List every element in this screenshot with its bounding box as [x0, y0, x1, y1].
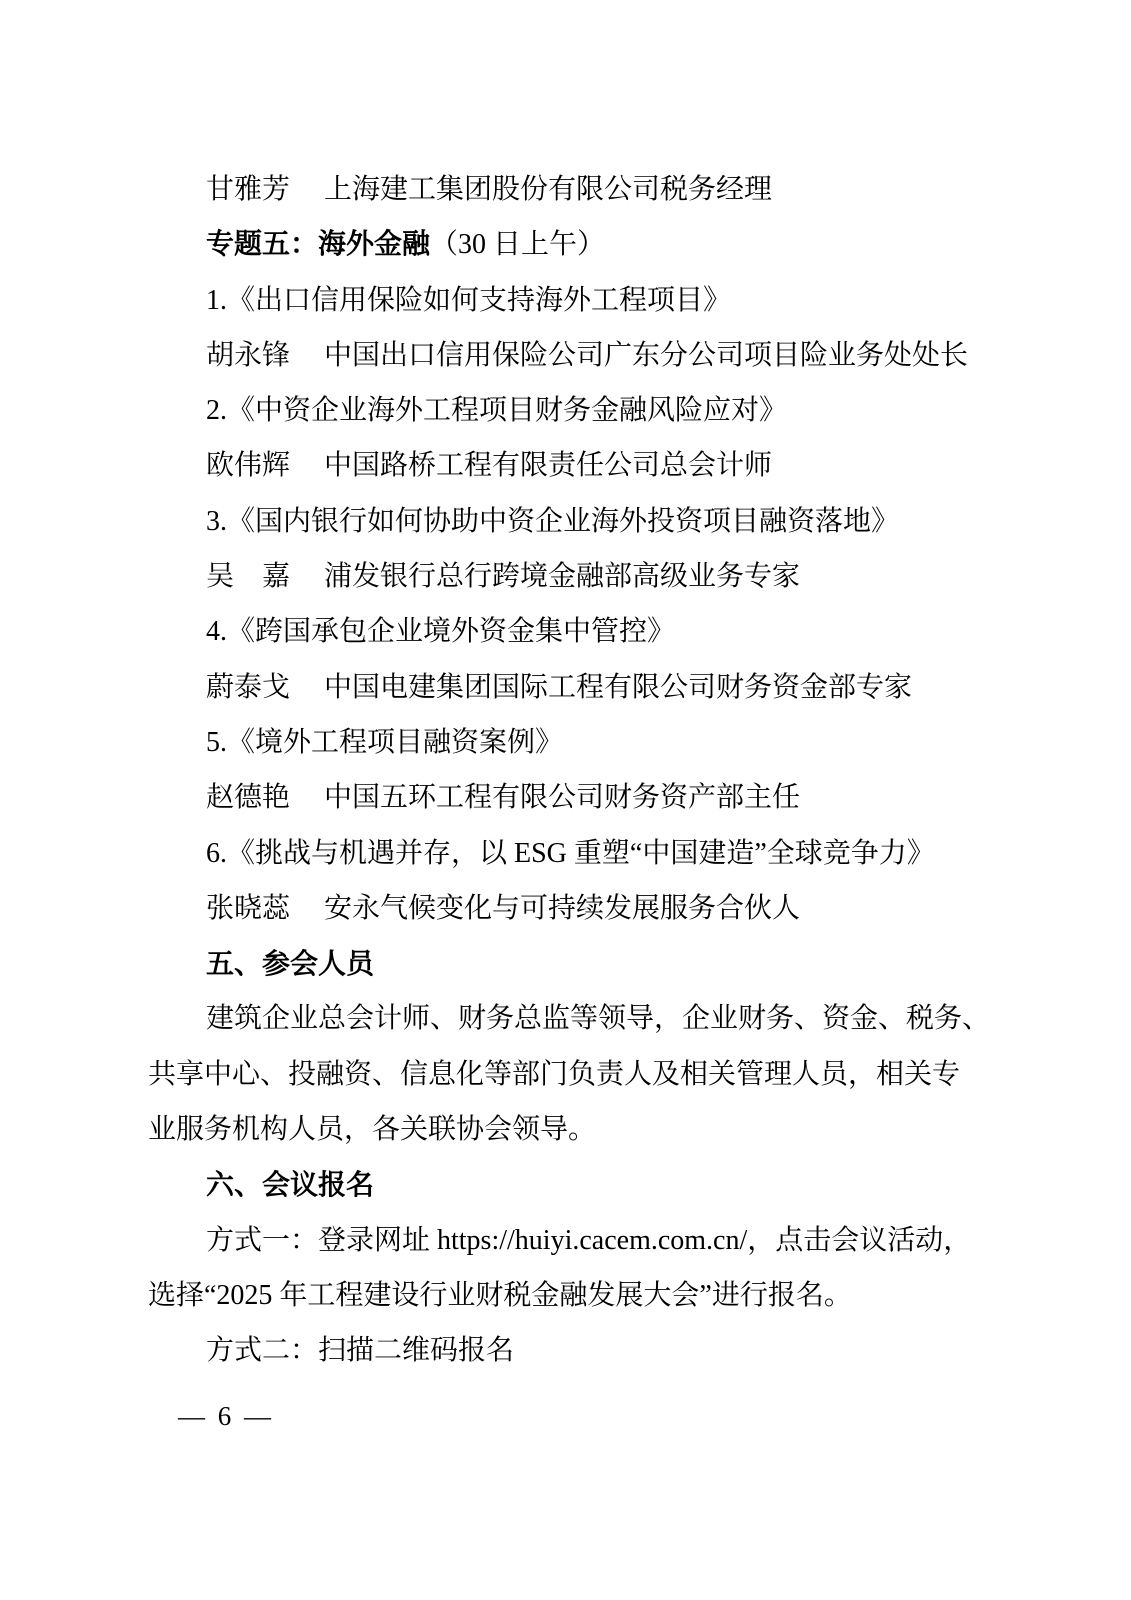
speaker-affiliation: 中国路桥工程有限责任公司总会计师 — [324, 450, 772, 481]
speaker-line: 胡永锋中国出口信用保险公司广东分公司项目险业务处处长 — [148, 328, 988, 383]
speaker-name: 赵德艳 — [206, 770, 290, 825]
speaker-line: 甘雅芳上海建工集团股份有限公司税务经理 — [148, 162, 988, 217]
topic-heading-time: （30 日上午） — [430, 229, 605, 260]
speaker-affiliation: 安永气候变化与可持续发展服务合伙人 — [324, 893, 800, 924]
speaker-affiliation: 浦发银行总行跨境金融部高级业务专家 — [324, 561, 800, 592]
registration-method2-line: 方式二：扫描二维码报名 — [148, 1323, 988, 1378]
topic-heading: 专题五：海外金融（30 日上午） — [148, 217, 988, 272]
paragraph-line: 业服务机构人员，各关联协会领导。 — [148, 1102, 988, 1157]
speaker-name: 吴 嘉 — [206, 549, 290, 604]
document-body: 甘雅芳上海建工集团股份有限公司税务经理 专题五：海外金融（30 日上午） 1.《… — [148, 162, 988, 1379]
speaker-affiliation: 上海建工集团股份有限公司税务经理 — [324, 174, 772, 205]
speaker-affiliation: 中国出口信用保险公司广东分公司项目险业务处处长 — [324, 340, 968, 371]
section-heading-registration: 六、会议报名 — [148, 1157, 988, 1212]
paragraph-line: 共享中心、投融资、信息化等部门负责人及相关管理人员，相关专 — [148, 1047, 988, 1102]
talk-title: 3.《国内银行如何协助中资企业海外投资项目融资落地》 — [148, 494, 988, 549]
page-footer: — 6 — — [178, 1396, 274, 1436]
talk-title: 4.《跨国承包企业境外资金集中管控》 — [148, 604, 988, 659]
registration-method1-line: 选择“2025 年工程建设行业财税金融发展大会”进行报名。 — [148, 1268, 988, 1323]
speaker-name: 蔚泰戈 — [206, 660, 290, 715]
speaker-name: 胡永锋 — [206, 328, 290, 383]
speaker-affiliation: 中国五环工程有限公司财务资产部主任 — [324, 782, 800, 813]
talk-title: 5.《境外工程项目融资案例》 — [148, 715, 988, 770]
talk-title: 6.《挑战与机遇并存，以 ESG 重塑“中国建造”全球竞争力》 — [148, 826, 988, 881]
talk-title: 1.《出口信用保险如何支持海外工程项目》 — [148, 273, 988, 328]
speaker-name: 甘雅芳 — [206, 162, 290, 217]
paragraph-line: 建筑企业总会计师、财务总监等领导，企业财务、资金、税务、 — [148, 991, 988, 1046]
topic-heading-title: 专题五：海外金融 — [206, 229, 430, 260]
speaker-line: 张晓蕊安永气候变化与可持续发展服务合伙人 — [148, 881, 988, 936]
speaker-affiliation: 中国电建集团国际工程有限公司财务资金部专家 — [324, 672, 912, 703]
speaker-line: 赵德艳中国五环工程有限公司财务资产部主任 — [148, 770, 988, 825]
section-heading-attendees: 五、参会人员 — [148, 936, 988, 991]
speaker-name: 张晓蕊 — [206, 881, 290, 936]
registration-method1-line: 方式一：登录网址 https://huiyi.cacem.com.cn/，点击会… — [148, 1213, 988, 1268]
speaker-name: 欧伟辉 — [206, 438, 290, 493]
speaker-line: 蔚泰戈中国电建集团国际工程有限公司财务资金部专家 — [148, 660, 988, 715]
speaker-line: 欧伟辉中国路桥工程有限责任公司总会计师 — [148, 438, 988, 493]
speaker-line: 吴 嘉浦发银行总行跨境金融部高级业务专家 — [148, 549, 988, 604]
talk-title: 2.《中资企业海外工程项目财务金融风险应对》 — [148, 383, 988, 438]
document-page: 甘雅芳上海建工集团股份有限公司税务经理 专题五：海外金融（30 日上午） 1.《… — [0, 0, 1131, 1600]
